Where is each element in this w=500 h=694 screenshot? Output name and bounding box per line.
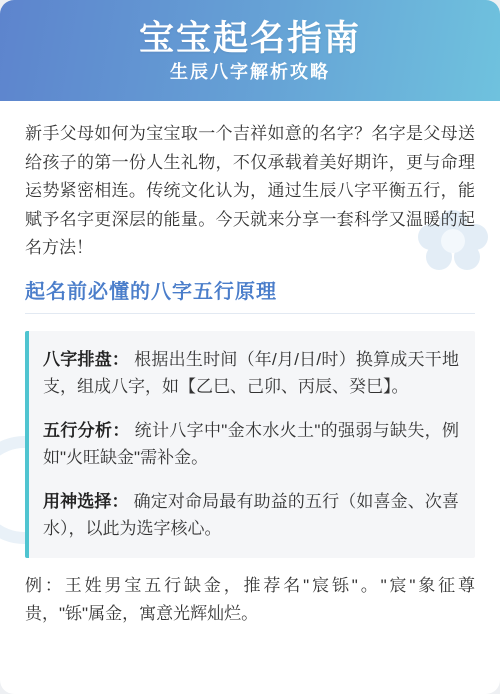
principle-label: 八字排盘： <box>43 350 134 369</box>
intro-paragraph: 新手父母如何为宝宝取一个吉祥如意的名字？名字是父母送给孩子的第一份人生礼物，不仅… <box>25 120 475 263</box>
principle-item-bazi-paipan: 八字排盘：根据出生时间（年/月/日/时）换算成天干地支，组成八字，如【乙巳、己卯… <box>43 346 459 401</box>
principle-label: 五行分析： <box>43 421 135 440</box>
principle-item-wuxing-fenxi: 五行分析：统计八字中"金木水火土"的强弱与缺失，例如"火旺缺金"需补金。 <box>43 417 459 472</box>
principle-item-yongshen-xuanze: 用神选择：确定对命局最有助益的五行（如喜金、次喜水），以此为选字核心。 <box>43 488 459 543</box>
section-divider <box>25 313 475 314</box>
article-body: 新手父母如何为宝宝取一个吉祥如意的名字？名字是父母送给孩子的第一份人生礼物，不仅… <box>0 120 500 628</box>
article-card: 宝宝起名指南 生辰八字解析攻略 新手父母如何为宝宝取一个吉祥如意的名字？名字是父… <box>0 0 500 694</box>
section-heading: 起名前必懂的八字五行原理 <box>25 280 475 304</box>
principles-box: 八字排盘：根据出生时间（年/月/日/时）换算成天干地支，组成八字，如【乙巳、己卯… <box>25 331 475 558</box>
header-banner: 宝宝起名指南 生辰八字解析攻略 <box>0 0 500 101</box>
example-paragraph: 例：王姓男宝五行缺金，推荐名"宸铄"。"宸"象征尊贵，"铄"属金，寓意光辉灿烂。 <box>25 572 475 628</box>
page-subtitle: 生辰八字解析攻略 <box>170 63 330 81</box>
page-title: 宝宝起名指南 <box>139 21 361 56</box>
principle-label: 用神选择： <box>43 492 134 511</box>
